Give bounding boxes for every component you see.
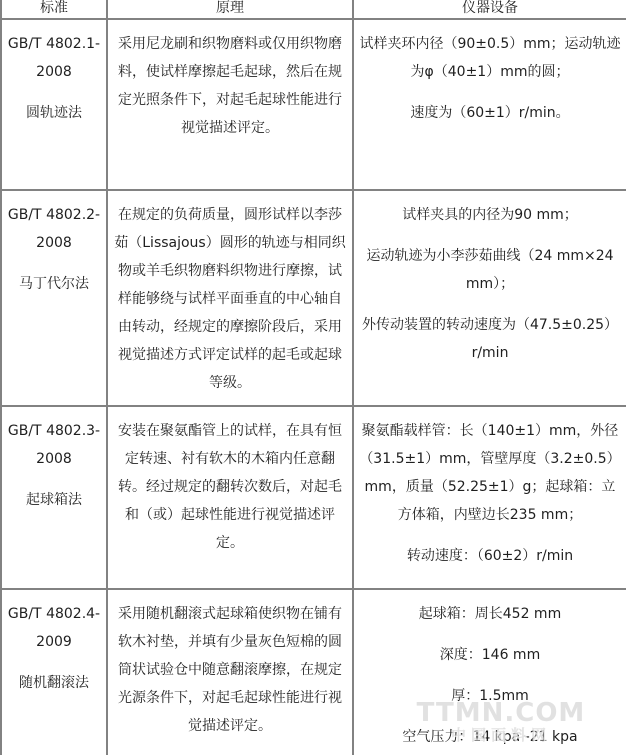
standard-code: GB/T 4802.4-2009 — [6, 600, 102, 656]
table-row: GB/T 4802.3-2008 起球箱法 安装在聚氨酯管上的试样，在具有恒定转… — [1, 406, 626, 589]
equipment-spec: 外传动装置的转动速度为（47.5±0.25）r/min — [358, 311, 622, 367]
equipment-spec: 转动速度：（60±2）r/min — [358, 542, 622, 570]
header-row: 标准 原理 仪器设备 — [1, 0, 626, 19]
principle-cell: 采用尼龙刷和织物磨料或仅用织物磨料，使试样摩擦起毛起球，然后在规定光照条件下，对… — [107, 19, 353, 190]
table-row: GB/T 4802.4-2009 随机翻滚法 采用随机翻滚式起球箱使织物在铺有软… — [1, 589, 626, 755]
equipment-cell: 试样夹环内径（90±0.5）mm；运动轨迹为φ（40±1）mm的圆； 速度为（6… — [353, 19, 626, 190]
principle-cell: 采用随机翻滚式起球箱使织物在铺有软木衬垫，并填有少量灰色短棉的圆筒状试验仓中随意… — [107, 589, 353, 755]
equipment-cell: 起球箱：周长452 mm 深度：146 mm 厚：1.5mm 空气压力：14 k… — [353, 589, 626, 755]
equipment-spec: 速度为（60±1）r/min。 — [358, 99, 622, 127]
standard-method: 圆轨迹法 — [6, 99, 102, 127]
equipment-spec: 试样夹环内径（90±0.5）mm；运动轨迹为φ（40±1）mm的圆； — [358, 30, 622, 86]
equipment-spec: 起球箱：周长452 mm — [358, 600, 622, 628]
standard-code: GB/T 4802.1-2008 — [6, 30, 102, 86]
header-standard: 标准 — [1, 0, 107, 19]
equipment-cell: 聚氨酯载样管：长（140±1）mm，外径（31.5±1）mm，管壁厚度（3.2±… — [353, 406, 626, 589]
table-row: GB/T 4802.2-2008 马丁代尔法 在规定的负荷质量，圆形试样以李莎茹… — [1, 190, 626, 406]
header-equipment: 仪器设备 — [353, 0, 626, 19]
principle-text: 在规定的负荷质量，圆形试样以李莎茹（Lissajous）圆形的轨迹与相同织物或羊… — [112, 201, 348, 397]
equipment-spec: 空气压力：14 kpa -21 kpa — [358, 723, 622, 751]
standard-cell: GB/T 4802.1-2008 圆轨迹法 — [1, 19, 107, 190]
standard-cell: GB/T 4802.2-2008 马丁代尔法 — [1, 190, 107, 406]
standard-code: GB/T 4802.3-2008 — [6, 417, 102, 473]
principle-text: 采用尼龙刷和织物磨料或仅用织物磨料，使试样摩擦起毛起球，然后在规定光照条件下，对… — [112, 30, 348, 142]
standard-code: GB/T 4802.2-2008 — [6, 201, 102, 257]
table-row: GB/T 4802.1-2008 圆轨迹法 采用尼龙刷和织物磨料或仅用织物磨料，… — [1, 19, 626, 190]
equipment-cell: 试样夹具的内径为90 mm； 运动轨迹为小李莎茹曲线（24 mm×24 mm）；… — [353, 190, 626, 406]
header-principle: 原理 — [107, 0, 353, 19]
equipment-spec: 厚：1.5mm — [358, 682, 622, 710]
principle-text: 安装在聚氨酯管上的试样，在具有恒定转速、衬有软木的木箱内任意翻转。经过规定的翻转… — [112, 417, 348, 557]
standard-method: 马丁代尔法 — [6, 270, 102, 298]
equipment-spec: 深度：146 mm — [358, 641, 622, 669]
equipment-spec: 运动轨迹为小李莎茹曲线（24 mm×24 mm）； — [358, 242, 622, 298]
standard-method: 起球箱法 — [6, 486, 102, 514]
principle-text: 采用随机翻滚式起球箱使织物在铺有软木衬垫，并填有少量灰色短棉的圆筒状试验仓中随意… — [112, 600, 348, 740]
principle-cell: 在规定的负荷质量，圆形试样以李莎茹（Lissajous）圆形的轨迹与相同织物或羊… — [107, 190, 353, 406]
equipment-spec: 聚氨酯载样管：长（140±1）mm，外径（31.5±1）mm，管壁厚度（3.2±… — [358, 417, 622, 529]
principle-cell: 安装在聚氨酯管上的试样，在具有恒定转速、衬有软木的木箱内任意翻转。经过规定的翻转… — [107, 406, 353, 589]
standard-method: 随机翻滚法 — [6, 669, 102, 697]
page: 标准 原理 仪器设备 GB/T 4802.1-2008 圆轨迹法 采用尼龙刷和织… — [0, 0, 626, 755]
equipment-spec: 试样夹具的内径为90 mm； — [358, 201, 622, 229]
standards-table: 标准 原理 仪器设备 GB/T 4802.1-2008 圆轨迹法 采用尼龙刷和织… — [0, 0, 626, 755]
standard-cell: GB/T 4802.4-2009 随机翻滚法 — [1, 589, 107, 755]
standard-cell: GB/T 4802.3-2008 起球箱法 — [1, 406, 107, 589]
